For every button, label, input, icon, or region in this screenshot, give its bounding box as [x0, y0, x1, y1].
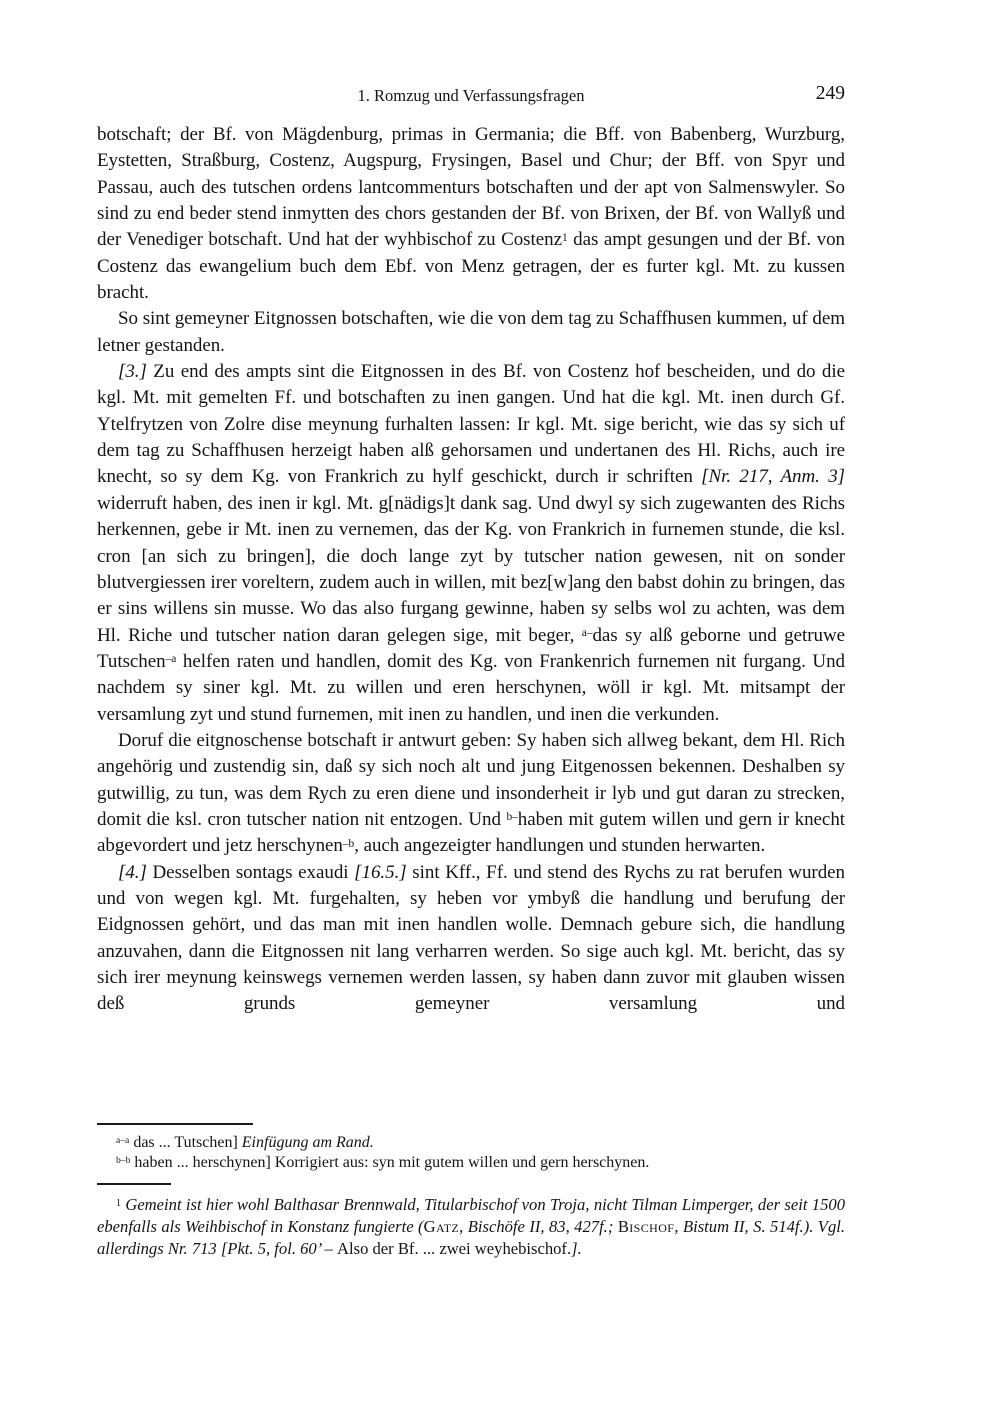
paragraph: [3.] Zu end des ampts sint die Eitgnosse…	[97, 359, 845, 728]
text-block: 1. Romzug und Verfassungsfragen 249 bots…	[97, 84, 845, 1018]
footnote: 1 Gemeint ist hier wohl Balthasar Brennw…	[97, 1194, 845, 1261]
running-title: 1. Romzug und Verfassungsfragen	[97, 84, 845, 106]
page-number: 249	[816, 83, 845, 105]
page-header: 1. Romzug und Verfassungsfragen 249	[97, 84, 845, 122]
apparatus-rule	[97, 1123, 253, 1125]
footnote-rule	[97, 1183, 171, 1185]
paragraph: [4.] Desselben sontags exaudi [16.5.] si…	[97, 860, 845, 1018]
book-page: 1. Romzug und Verfassungsfragen 249 bots…	[0, 0, 1004, 1418]
paragraph: Doruf die eitgnoschense botschaft ir ant…	[97, 728, 845, 860]
footnotes: 1 Gemeint ist hier wohl Balthasar Brennw…	[97, 1194, 845, 1261]
apparatus-note: b–b haben ... herschynen] Korrigiert aus…	[97, 1153, 845, 1174]
body-text: botschaft; der Bf. von Mägdenburg, prima…	[97, 122, 845, 1018]
apparatus-note: a–a das ... Tutschen] Einfügung am Rand.	[97, 1133, 845, 1154]
paragraph: So sint gemeyner Eitgnossen botschaften,…	[97, 306, 845, 359]
apparatus-notes: a–a das ... Tutschen] Einfügung am Rand.…	[97, 1133, 845, 1175]
paragraph: botschaft; der Bf. von Mägdenburg, prima…	[97, 122, 845, 306]
critical-apparatus: a–a das ... Tutschen] Einfügung am Rand.…	[97, 1123, 845, 1261]
